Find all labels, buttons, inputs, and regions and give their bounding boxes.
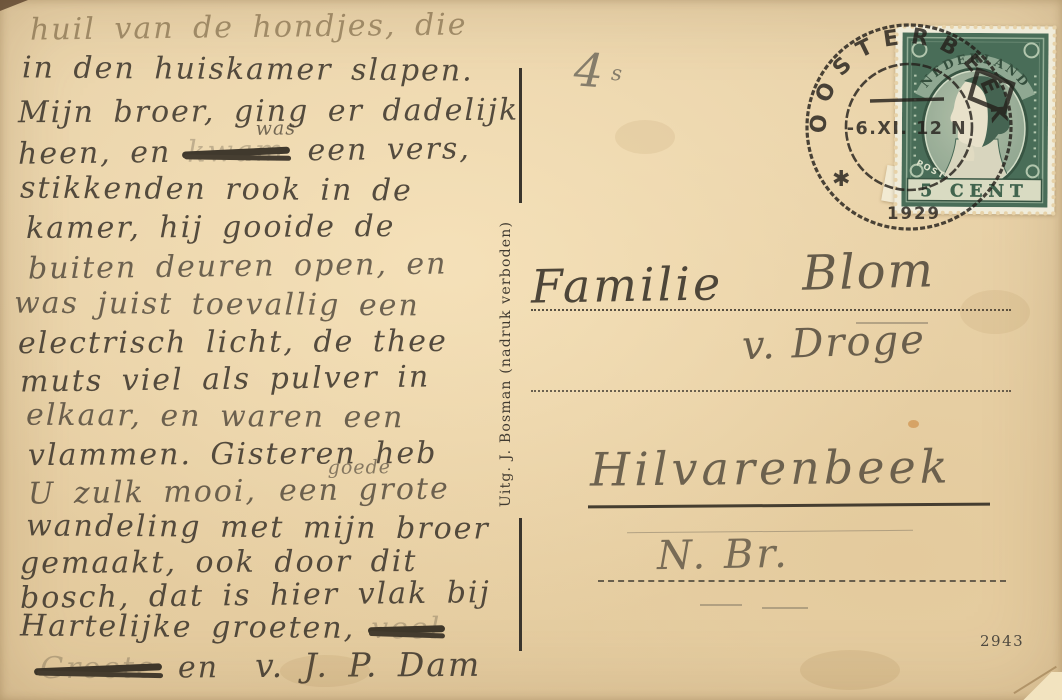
stamp-art: NEDERLAND POSTZEGEL 5 CENT bbox=[901, 32, 1048, 207]
message-line: heen, enkwamwaseen vers, bbox=[18, 131, 471, 172]
address-town: Hilvarenbeek bbox=[590, 439, 952, 496]
inserted-word: was bbox=[256, 117, 297, 139]
crossed-out-word: Groete bbox=[40, 651, 156, 687]
postage-stamp: NEDERLAND POSTZEGEL 5 CENT bbox=[894, 25, 1055, 214]
message-line-text: Hartelijke groeten, bbox=[20, 609, 355, 646]
town-underline bbox=[588, 503, 990, 509]
divider-line-bottom bbox=[519, 518, 522, 651]
postmark-star: ✱ bbox=[832, 167, 850, 192]
message-line: elkaar, en waren een bbox=[26, 398, 405, 436]
message-line-text: elkaar, en waren een bbox=[26, 398, 405, 436]
message-line-text: huil van de hondjes, die bbox=[30, 7, 468, 47]
message-line: muts viel als pulver in bbox=[20, 359, 431, 399]
message-line: in den huiskamer slapen. bbox=[22, 50, 474, 88]
stain bbox=[615, 120, 675, 154]
message-line: electrisch licht, de thee bbox=[18, 324, 448, 361]
address-dotted-line-2 bbox=[531, 390, 1011, 392]
inserted-word: goede bbox=[328, 456, 392, 479]
pencil-dash bbox=[700, 604, 742, 606]
message-line: Groeteenv. J. P. Dam bbox=[40, 645, 481, 686]
message-line: wandeling met mijn broer bbox=[26, 508, 490, 546]
message-line-text: in den huiskamer slapen. bbox=[22, 50, 474, 88]
pencil-note-digit: 4 bbox=[572, 42, 605, 98]
message-line: was juist toevallig een bbox=[14, 286, 420, 324]
message-line-text: buiten deuren open, en bbox=[28, 246, 448, 286]
message-line: gemaakt, ook door dit bbox=[20, 544, 418, 581]
address-recipient-last: Blom bbox=[801, 242, 935, 301]
address-recipient-first: Familie bbox=[531, 256, 724, 313]
stain bbox=[908, 420, 919, 428]
message-line: stikkenden rook in de bbox=[20, 171, 413, 209]
pencil-note-letter: s bbox=[610, 61, 622, 86]
message-line: U zulk mooi,goedeeen grote bbox=[28, 471, 450, 511]
message-line-text: electrisch licht, de thee bbox=[18, 324, 448, 361]
crossed-out-word: veel bbox=[371, 611, 441, 646]
message-line-text: gemaakt, ook door dit bbox=[20, 544, 418, 581]
corner-chip-top-left bbox=[0, 0, 28, 11]
message-line: buiten deuren open, en bbox=[28, 246, 448, 286]
message-line: kamer, hij gooide de bbox=[26, 209, 396, 246]
message-line: Hartelijke groeten,veel bbox=[20, 609, 441, 647]
address-dotted-line-1 bbox=[531, 309, 1011, 311]
message-line-text: wandeling met mijn broer bbox=[26, 508, 490, 546]
message-line-text: een vers, bbox=[307, 131, 471, 168]
message-line-text: muts viel als pulver in bbox=[20, 359, 431, 399]
address-province: N. Br. bbox=[657, 531, 791, 579]
stain bbox=[800, 650, 900, 690]
postcard: huil van de hondjes, die in den huiskame… bbox=[0, 0, 1062, 700]
address-recipient-sub: v. Droge bbox=[741, 317, 926, 369]
message-line-text: en bbox=[178, 650, 219, 685]
stain bbox=[280, 655, 370, 687]
stain bbox=[960, 290, 1030, 334]
message-line-text: was juist toevallig een bbox=[14, 286, 420, 324]
address-dashed-line-3 bbox=[598, 580, 1006, 582]
message-line-text: stikkenden rook in de bbox=[20, 171, 413, 209]
message-line-text: heen, en bbox=[18, 135, 172, 172]
pencil-dash bbox=[762, 607, 808, 609]
card-number: 2943 bbox=[980, 632, 1024, 650]
message-line-text: kamer, hij gooide de bbox=[26, 209, 396, 246]
message-line-text: U zulk mooi, bbox=[28, 474, 257, 512]
divider-line-top bbox=[519, 68, 522, 203]
message-line: huil van de hondjes, die bbox=[30, 7, 468, 47]
pencil-note: 4s bbox=[572, 42, 624, 99]
publisher-imprint: Uitg. J. Bosman (nadruk verboden) bbox=[498, 219, 516, 509]
